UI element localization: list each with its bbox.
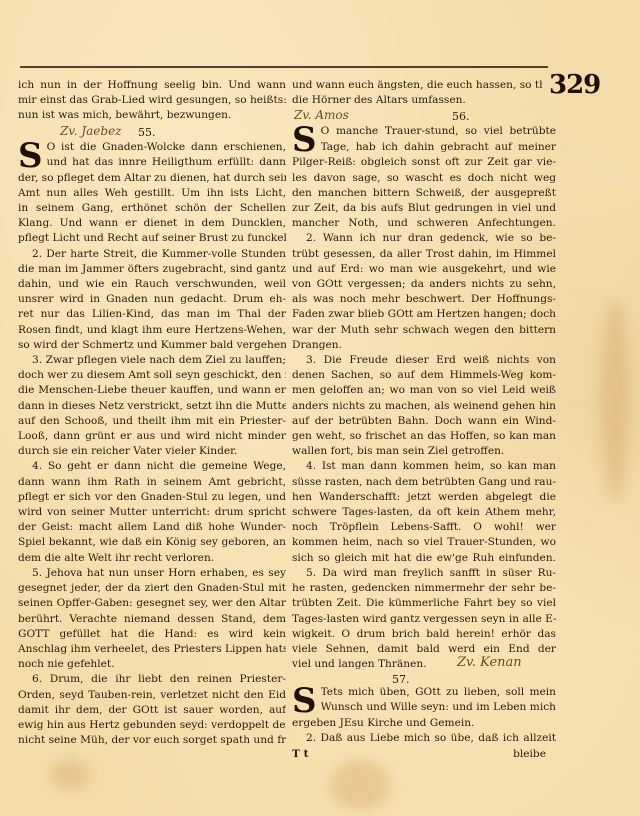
text-line: Tages-lasten wird gantz vergessen seyn i… [292, 612, 556, 627]
text-line: 3. Zwar pflegen viele nach dem Ziel zu l… [18, 353, 286, 368]
hymn-56-verse-4: 4. Ist man dann kommen heim, so kan man … [292, 459, 556, 565]
text-line: mir einst das Grab-Lied wird gesungen, s… [18, 93, 286, 108]
text-line: die Hörner des Altars umfassen. [292, 93, 556, 108]
text-line: noch Tröpflein Lebens-Safft. O wohl! wer [292, 520, 556, 535]
hymn-heading: 57. [292, 672, 556, 685]
hymn-number: 56. [452, 109, 470, 124]
text-line: 6. Drum, die ihr liebt den reinen Priest… [18, 672, 286, 687]
page-number: 329 [549, 70, 600, 100]
text-line: denen Sachen, so auf dem Himmels-Weg kom… [292, 368, 556, 383]
text-line: pflegt Licht und Recht auf seiner Brust … [18, 231, 286, 246]
text-line: der, so pfleget dem Altar zu dienen, hat… [18, 171, 286, 186]
handwritten-annotation: Zv. Amos [294, 108, 349, 123]
text-line: damit ihr dem, der GOtt ist sauer worden… [18, 703, 286, 718]
text-line: GOTT gefüllet hat die Hand: es wird kein [18, 627, 286, 642]
text-line: O ist die Gnaden-Wolcke dann erschienen, [47, 140, 286, 155]
text-line: dahin, und wie ein Rauch verschwunden, w… [18, 277, 286, 292]
text-line: 5. Da wird man freylich sanfft in süser … [292, 566, 556, 581]
hymn-55-verse-6: 6. Drum, die ihr liebt den reinen Priest… [18, 672, 286, 748]
drop-cap: S [292, 125, 317, 155]
right-column: und wann euch ängsten, die euch hassen, … [292, 78, 556, 762]
text-line: Tage, hab ich dahin gebracht auf meiner [321, 140, 556, 155]
drop-cap: S [18, 141, 43, 171]
text-line: viel und langen Thränen. [292, 657, 427, 672]
text-line: 3. Die Freude dieser Erd weiß nichts von [292, 353, 556, 368]
text-line: nun ist was mich, bewährt, bezwungen. [18, 108, 286, 123]
hymn-55-verse-2: 2. Der harte Streit, die Kummer-volle St… [18, 247, 286, 353]
hymn-56-verse-2: 2. Wann ich nur dran gedenck, wie so be-… [292, 231, 556, 353]
text-line: in seinem Gang, erthönet schön der Schel… [18, 201, 286, 216]
text-line: war der Muth sehr schwach wegen den bitt… [292, 323, 556, 338]
text-line: durch sie ein reicher Vater vieler Kinde… [18, 444, 286, 459]
paper-stain [330, 760, 390, 810]
text-line: wigkeit. O drum brich bald herein! erhör… [292, 627, 556, 642]
text-line: Drangen. [292, 338, 556, 353]
text-line: auf der betrübten Bahn. Doch wann ein Wi… [292, 414, 556, 429]
text-line: auf den Schooß, und theilt ihm mit ein P… [18, 414, 286, 429]
signature-mark: T t [292, 747, 308, 762]
text-line: hen Wanderschafft: jetzt werden abgelegt… [292, 490, 556, 505]
text-line: les davon sage, so wascht es doch nicht … [292, 171, 556, 186]
text-line: kommen heim, nach so viel Trauer-Stunden… [292, 535, 556, 550]
text-line: Pilger-Reiß: obgleich sonst oft zur Zeit… [292, 155, 556, 170]
text-line: 4. Ist man dann kommen heim, so kan man [292, 459, 556, 474]
text-line: berührt. Verachte niemand dessen Stand, … [18, 612, 286, 627]
hymn-56-verse-1: S O manche Trauer-stund, so viel betrübt… [292, 124, 556, 231]
text-line: nicht seine Müh, der vor euch sorget spa… [18, 733, 286, 748]
text-line: sich so gleich mit hat die ew'ge Ruh ein… [292, 551, 556, 566]
text-line: dem die alte Welt ihr recht verloren. [18, 551, 286, 566]
text-line: mancher Noth, und schweren Anfechtungen. [292, 216, 556, 231]
text-line: ich nun in der Hoffnung seelig bin. Und … [18, 78, 286, 93]
text-line: wallen fort, bis man sein Ziel getroffen… [292, 444, 556, 459]
text-line: O manche Trauer-stund, so viel betrübte [321, 124, 556, 139]
text-line: ret nur das Lilien-Kind, das man im Thal… [18, 307, 286, 322]
text-line: und wann euch ängsten, die euch hassen, … [292, 78, 542, 93]
left-column: ich nun in der Hoffnung seelig bin. Und … [18, 78, 286, 748]
text-line: gen weht, so frischet an das Hoffen, so … [292, 429, 556, 444]
text-line: Klang. Und wann er dienet in dem Dunckle… [18, 216, 286, 231]
text-line: pflegt er sich vor den Gnaden-Stul zu le… [18, 490, 286, 505]
text-line: von GOtt vergessen; da anders nichts zu … [292, 277, 556, 292]
text-line: noch nie gefehlet. [18, 657, 286, 672]
catchword: bleibe [513, 747, 546, 762]
text-line: Spiel bekannt, wie daß ein König sey geb… [18, 535, 286, 550]
hymn-55-verse-4: 4. So geht er dann nicht die gemeine Weg… [18, 459, 286, 565]
text-line: den manchen bittern Schweiß, der ausgepr… [292, 186, 556, 201]
hymn-56-verse-5: 5. Da wird man freylich sanfft in süser … [292, 566, 556, 672]
text-line: schwere Tages-lasten, da oft kein Athem … [292, 505, 556, 520]
hymn-heading: Zv. Jaebez 55. [18, 124, 286, 140]
hymn-number: 55. [138, 125, 156, 140]
text-line: trübt gesessen, da aller Trost dahin, im… [292, 247, 556, 262]
handwritten-annotation: Zv. Jaebez [60, 124, 122, 139]
text-line: ewig hin aus Hertz gebunden seyd: verdop… [18, 718, 286, 733]
text-line: 2. Der harte Streit, die Kummer-volle St… [18, 247, 286, 262]
text-line: und auf Erd: wo man wie ausgekehrt, und … [292, 262, 556, 277]
text-line: Looß, dann grünt er aus und wird nicht m… [18, 429, 286, 444]
hymn-55-verse-3: 3. Zwar pflegen viele nach dem Ziel zu l… [18, 353, 286, 459]
text-line: die Menschen-Liebe theuer kauffen, und w… [18, 383, 286, 398]
text-line: dann wann ihm Rath in seinem Amt gebrich… [18, 475, 286, 490]
hymn-number: 57. [392, 672, 410, 687]
text-line: Amt nun alles Weh gestillt. Um ihn ists … [18, 186, 286, 201]
continuation-text: ich nun in der Hoffnung seelig bin. Und … [18, 78, 286, 124]
text-line: ergeben JEsu Kirche und Gemein. [292, 716, 556, 731]
text-line: dann in dieses Netz verstrickt, setzt ih… [18, 399, 286, 414]
text-line: Wunsch und Wille seyn: und im Leben mich [321, 700, 556, 715]
handwritten-annotation: Zv. Kenan [457, 655, 522, 670]
text-line: als was noch mehr beschwert. Der Hoffnun… [292, 292, 556, 307]
hymn-57-verse-1: S Tets mich üben, GOtt zu lieben, soll m… [292, 685, 556, 731]
hymn-56-verse-3: 3. Die Freude dieser Erd weiß nichts von… [292, 353, 556, 459]
text-line: gesegnet jeder, der da ziert den Gnaden-… [18, 581, 286, 596]
hymn-55-verse-5: 5. Jehova hat nun unser Horn erhaben, es… [18, 566, 286, 672]
text-line: und hat das innre Heiligthum erfüllt: da… [47, 155, 286, 170]
text-line: so wird der Schmertz und Kummer bald ver… [18, 338, 286, 353]
text-line: zur Zeit, da bis aufs Blut gedrungen in … [292, 201, 556, 216]
text-line: Orden, seyd Tauben-rein, verletzet nicht… [18, 688, 286, 703]
header-rule [20, 66, 548, 68]
text-line: die man im Jammer öfters zugebracht, sin… [18, 262, 286, 277]
text-line: Tets mich üben, GOtt zu lieben, soll mei… [321, 685, 556, 700]
text-line: 2. Daß aus Liebe mich so übe, daß ich al… [292, 731, 556, 746]
hymn-heading: Zv. Amos 56. [292, 108, 556, 124]
text-line: 4. So geht er dann nicht die gemeine Weg… [18, 459, 286, 474]
drop-cap: S [292, 686, 317, 716]
text-line: doch wer zu diesem Amt soll seyn geschic… [18, 368, 286, 383]
hymn-57-verse-2: 2. Daß aus Liebe mich so übe, daß ich al… [292, 731, 556, 746]
page-footer: T t bleibe [292, 747, 556, 762]
text-line: 5. Jehova hat nun unser Horn erhaben, es… [18, 566, 286, 581]
paper-stain [600, 300, 630, 500]
text-line: der Geist: macht allem Land diß hohe Wun… [18, 520, 286, 535]
text-line: he rasten, gedencken nimmermehr der sehr… [292, 581, 556, 596]
text-line: süsse rasten, nach dem betrübten Gang un… [292, 475, 556, 490]
text-line: Rosen findt, und klagt ihm eure Hertzens… [18, 323, 286, 338]
verse-end-row: viel und langen Thränen. Zv. Kenan [292, 657, 556, 672]
text-line: wird von seiner Mutter unterricht: drum … [18, 505, 286, 520]
hymn-55-verse-1: S O ist die Gnaden-Wolcke dann erschiene… [18, 140, 286, 247]
text-line: men geloffen an; wo man von so viel Leid… [292, 383, 556, 398]
text-line: Anschlag ihm verheelet, des Priesters Li… [18, 642, 286, 657]
text-line: 2. Wann ich nur dran gedenck, wie so be- [292, 231, 556, 246]
continuation-text: und wann euch ängsten, die euch hassen, … [292, 78, 556, 108]
text-line: anders nichts zu machen, als weinend geh… [292, 399, 556, 414]
paper-stain [50, 760, 90, 790]
text-line: unsrer wird in Gnaden nun gedacht. Drum … [18, 292, 286, 307]
text-line: Faden zwar blieb GOtt am Hertzen hangen;… [292, 307, 556, 322]
text-line: seinen Opffer-Gaben: gesegnet sey, wer d… [18, 596, 286, 611]
text-line: trübten Zeit. Die kümmerliche Fahrt bey … [292, 596, 556, 611]
